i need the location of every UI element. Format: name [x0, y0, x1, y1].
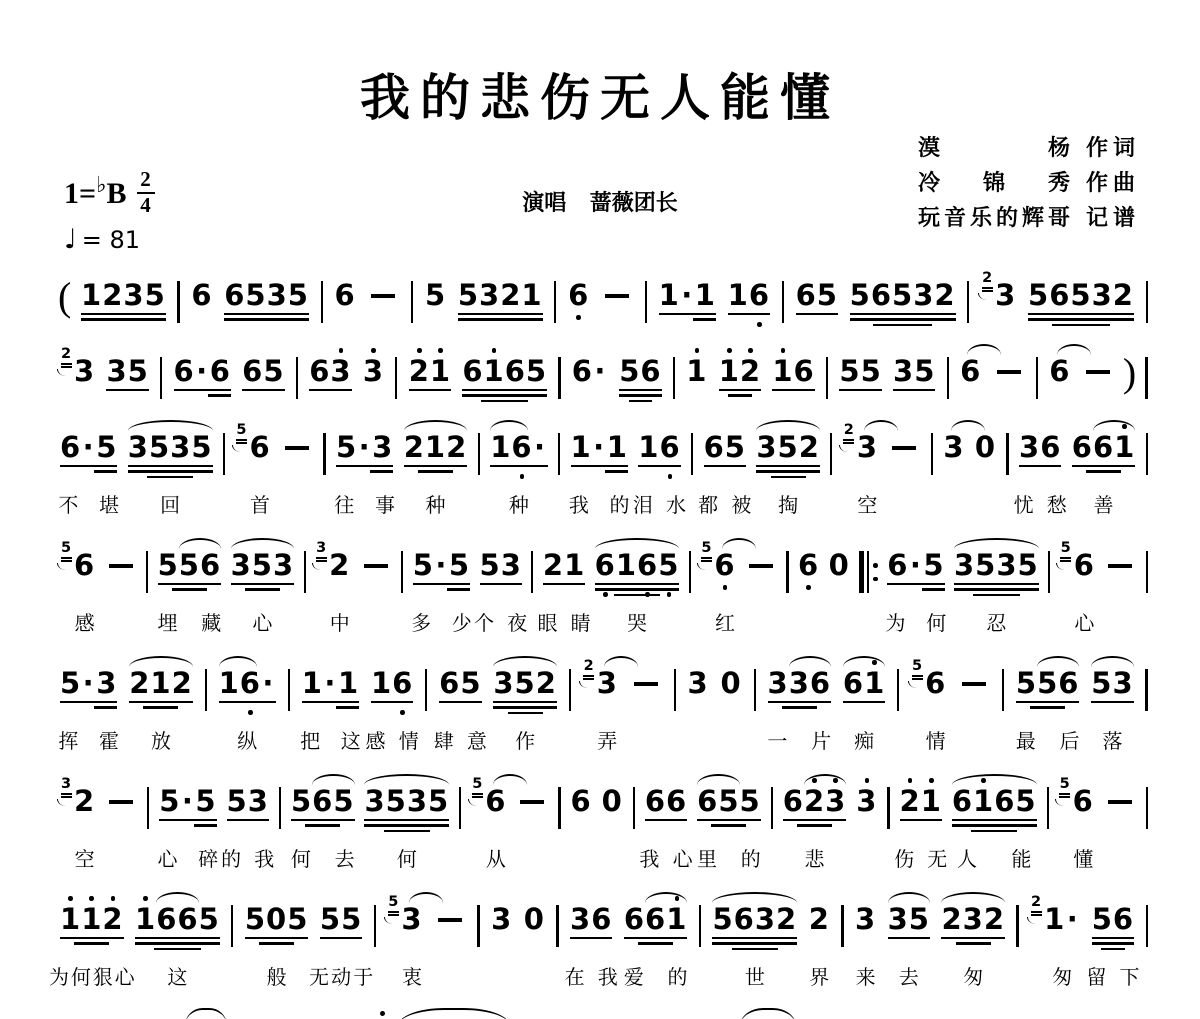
grace-note: 5	[910, 659, 924, 688]
tie-arc	[864, 420, 898, 431]
lyric-row: 人能	[940, 843, 1049, 872]
lyric-row: 种	[478, 489, 559, 518]
barline	[1006, 433, 1008, 475]
barline	[296, 357, 298, 399]
note-group: 0	[602, 787, 623, 816]
note-group: 53的我	[227, 787, 269, 821]
note-group: 6·5为何	[887, 551, 944, 591]
lyric-row: 匆	[929, 961, 1017, 990]
lyric-row: 无动于	[308, 961, 374, 990]
note-group: 32空	[857, 433, 878, 462]
dash-line	[962, 682, 986, 686]
note-group: 65都被	[704, 433, 746, 467]
tie-fragment	[398, 1008, 510, 1019]
sheet-music-page: 我的悲伤无人能懂 漠 杨 作词 冷 锦 秀 作曲 玩音乐的辉哥 记谱 1 = ♭…	[0, 0, 1200, 1019]
quarter-note-icon: ♩	[64, 224, 77, 255]
note-group: 5·3往事	[336, 433, 393, 473]
note-group: 212放	[129, 669, 193, 709]
parenthesis: (	[58, 277, 71, 317]
note-group: 65懂	[1073, 787, 1094, 816]
lyric-row: 空	[845, 489, 890, 518]
slur-arc	[231, 538, 295, 549]
note-group: 65红	[714, 551, 735, 580]
note-group: 6165哭	[595, 551, 680, 596]
grace-note: 2	[582, 659, 596, 688]
tie-arc	[409, 892, 443, 903]
lyric-row: 落	[1079, 725, 1145, 754]
dash-line	[438, 918, 462, 922]
lyric-row: 衷	[389, 961, 434, 990]
barline	[321, 281, 323, 323]
lyric-row: 世	[700, 961, 809, 990]
note-group: 6	[798, 551, 819, 580]
note-group: 353心	[231, 551, 295, 591]
lyric-row: 感	[62, 607, 107, 636]
slur-arc	[645, 892, 687, 903]
note-group: 5·3挥霍	[60, 669, 117, 709]
slur-arc	[756, 420, 820, 431]
note-group: 6535	[224, 281, 309, 321]
note-group: 623悲	[783, 787, 847, 827]
note-group: 32	[74, 357, 95, 386]
note-group: 1665这	[135, 905, 220, 950]
note-group: 3535忍	[954, 551, 1039, 596]
dash-line	[109, 564, 133, 568]
note-group: 55无动于	[320, 905, 362, 939]
note-group: 16	[772, 357, 814, 391]
note-group: 6	[960, 357, 981, 386]
note-group: 65肆意	[439, 669, 481, 703]
note-group: 23中	[329, 551, 350, 580]
lyric-row: 纵	[207, 725, 288, 754]
slur-arc	[490, 420, 528, 431]
lyric-row: 放	[117, 725, 205, 754]
grace-note: 5	[699, 541, 713, 570]
score-line: 112为何狠心1665这505般55无动于35衷3036在我661爱的5632世…	[58, 892, 1150, 1010]
barline	[1146, 905, 1148, 947]
score-line: 65感556埋藏353心23中5·5多少53个夜21眼睛6165哭65红606·…	[58, 538, 1150, 656]
lyric-row: 情	[913, 725, 958, 754]
note-group: 65	[242, 357, 284, 391]
note-group: 0	[829, 551, 850, 580]
note-group: 16·纵	[219, 669, 276, 703]
note-group: 65感	[74, 551, 95, 580]
slur-arc	[712, 892, 797, 903]
dash-line	[285, 446, 309, 450]
slur-arc	[156, 892, 198, 903]
note-group: 232匆	[941, 905, 1005, 945]
note-group: 66我心	[645, 787, 687, 821]
barline	[569, 669, 571, 711]
score-line: 6·5不堪3535回65首5·3往事212种16·种1·1我的16泪水65都被3…	[58, 420, 1150, 538]
barline	[147, 787, 149, 829]
note-group: 505般	[245, 905, 309, 945]
barline	[1146, 787, 1148, 829]
lyric-row: 掏	[744, 489, 832, 518]
lyric-row: 空	[62, 843, 107, 872]
note-group: 1·1我的	[571, 433, 628, 473]
note-group: 12	[719, 357, 761, 397]
barline	[558, 357, 560, 399]
parenthesis: )	[1123, 353, 1136, 393]
dash-line	[634, 682, 658, 686]
barline	[323, 433, 325, 475]
barline	[205, 669, 207, 711]
barline	[1016, 905, 1018, 947]
slur-arc	[952, 774, 1037, 785]
slur-arc	[888, 892, 930, 903]
lyric-row: 从	[473, 843, 518, 872]
score-line: 5·3挥霍212放16·纵1·1把这16感情65肆意352作32弄30336一片…	[58, 656, 1150, 774]
score-line: 23空5·5心碎53的我565何去3535何65从6066我心655里的623悲…	[58, 774, 1150, 892]
barline	[1146, 551, 1148, 593]
dash-line	[605, 294, 629, 298]
note-group: 21眼睛	[543, 551, 585, 585]
note-group: 661爱的	[624, 905, 688, 945]
lyricist-name: 漠 杨	[918, 130, 1070, 165]
note-group: 655里的	[697, 787, 761, 827]
song-title: 我的悲伤无人能懂	[0, 0, 1200, 130]
barline	[1146, 281, 1148, 323]
note-group: 565何去	[291, 787, 355, 827]
grace-note: 2	[1029, 895, 1043, 924]
grace-note: 5	[470, 777, 484, 806]
note-group: 352掏	[756, 433, 820, 478]
note-group: 352作	[493, 669, 557, 714]
note-group: 3	[688, 669, 709, 698]
dash-line	[371, 294, 395, 298]
tie-arc	[722, 538, 756, 549]
lyric-row: 这	[123, 961, 232, 990]
credit-lyricist: 漠 杨 作词	[918, 130, 1140, 165]
lyric-row: 种	[392, 489, 480, 518]
note-group: 53个夜	[480, 551, 522, 585]
note-group: 1	[686, 357, 707, 386]
lyric-row: 忍	[942, 607, 1051, 636]
lyric-row: 界	[797, 961, 842, 990]
dash-line	[1108, 800, 1132, 804]
slur-arc	[179, 538, 221, 549]
note-group: 56留下	[1092, 905, 1134, 950]
note-group: 16	[728, 281, 770, 315]
barline	[146, 551, 148, 593]
barline	[691, 433, 693, 475]
note-group: 556埋藏	[158, 551, 222, 591]
barline	[288, 669, 290, 711]
note-group: 6	[1049, 357, 1070, 386]
lyric-row: 弄	[585, 725, 630, 754]
performer: 演唱 蔷薇团长	[0, 186, 1200, 217]
grace-note: 5	[386, 895, 400, 924]
barline	[411, 281, 413, 323]
tempo-equals: =	[82, 226, 102, 254]
note-group: 3535回	[128, 433, 213, 478]
note-group: 65心	[1074, 551, 1095, 580]
note-group: 61痴	[843, 669, 885, 703]
barline	[554, 281, 556, 323]
barline	[674, 669, 676, 711]
grace-note: 5	[1059, 541, 1073, 570]
barline	[673, 357, 675, 399]
slur-arc	[1093, 420, 1135, 431]
note-group: 35衷	[401, 905, 422, 934]
score-line: (12356653565532161·11665565323256532	[58, 268, 1150, 344]
lyric-row: 痴	[831, 725, 897, 754]
note-group: 16·种	[490, 433, 547, 467]
dash-line	[749, 564, 773, 568]
note-group: 6·5不堪	[60, 433, 117, 473]
note-group: 1·1把这	[302, 669, 359, 709]
note-group: 35	[893, 357, 935, 391]
lyric-row: 泪水	[626, 489, 692, 518]
dash-line	[892, 446, 916, 450]
note-group: 6165人能	[952, 787, 1037, 832]
lyric-row: 懂	[1061, 843, 1106, 872]
note-group: 2界	[809, 905, 830, 934]
note-group: 35	[106, 357, 148, 391]
performer-label: 演唱	[522, 190, 566, 215]
note-group: 32弄	[597, 669, 618, 698]
barline	[826, 357, 828, 399]
barline	[304, 551, 306, 593]
note-group: 6	[191, 281, 212, 310]
note-group: 16感情	[371, 669, 413, 703]
lyric-row: 心	[219, 607, 307, 636]
lyric-row: 感情	[359, 725, 425, 754]
barline	[841, 905, 843, 947]
note-group: 65首	[249, 433, 270, 462]
tempo-marking: ♩ = 81	[64, 224, 140, 255]
note-group: 5·5多少	[413, 551, 470, 591]
barline	[556, 905, 558, 947]
lyricist-role: 作词	[1086, 130, 1140, 165]
barline	[1047, 787, 1049, 829]
tie-fragment-dot	[380, 1011, 385, 1016]
note-group: 1·2匆	[1044, 905, 1080, 934]
barline	[279, 787, 281, 829]
dash-line	[364, 564, 388, 568]
note-group: 65	[796, 281, 838, 315]
note-group: 5	[425, 281, 446, 310]
lyric-row: 悲	[771, 843, 859, 872]
barline	[830, 433, 832, 475]
barline	[1145, 357, 1147, 399]
barline	[782, 281, 784, 323]
barline	[477, 905, 479, 947]
slur-arc	[804, 774, 846, 785]
score-line: 32356·6656332161656·5611216553566)	[58, 344, 1150, 420]
note-group: 65从	[485, 787, 506, 816]
note-group: 36忧愁	[1019, 433, 1061, 467]
note-group: 3	[856, 787, 877, 816]
barline	[401, 551, 403, 593]
note-group: 53落	[1091, 669, 1133, 703]
slur-arc	[954, 538, 1039, 549]
note-group: 56	[619, 357, 661, 402]
grace-note: 5	[234, 423, 248, 452]
grace-note: 5	[1058, 777, 1072, 806]
note-group: 3	[363, 357, 384, 386]
note-group: 55	[839, 357, 881, 391]
slur-arc	[595, 538, 680, 549]
repeat-begin	[859, 551, 878, 593]
grace-note: 3	[59, 777, 73, 806]
grace-note: 5	[59, 541, 73, 570]
slur-arc	[493, 656, 557, 667]
lyric-row: 回	[116, 489, 225, 518]
dash-line	[997, 370, 1021, 374]
slur-arc	[697, 774, 739, 785]
note-group: 56532	[850, 281, 956, 326]
dash-line	[520, 800, 544, 804]
slur-arc	[129, 656, 193, 667]
tie-arc	[1057, 344, 1091, 355]
slur-arc	[364, 774, 449, 785]
barline	[689, 551, 691, 593]
barline	[1048, 551, 1050, 593]
slur-arc	[941, 892, 1005, 903]
note-group: 6	[568, 281, 589, 310]
grace-note: 2	[59, 347, 73, 376]
tie-arc	[604, 656, 638, 667]
lyric-row: 红	[702, 607, 747, 636]
barline	[558, 787, 560, 829]
note-group: 5321	[458, 281, 543, 321]
slur-arc	[312, 774, 354, 785]
barline	[645, 281, 647, 323]
note-group: 5·5心碎	[159, 787, 216, 827]
slur-arc	[1091, 656, 1133, 667]
barline	[1146, 433, 1148, 475]
dash-line	[109, 800, 133, 804]
barline	[459, 787, 461, 829]
barline	[771, 787, 773, 829]
lyric-row: 心	[1062, 607, 1107, 636]
note-group: 35去	[888, 905, 930, 939]
note-group: 32	[995, 281, 1016, 310]
note-group: 65情	[925, 669, 946, 698]
note-group: 23空	[74, 787, 95, 816]
grace-note: 3	[314, 541, 328, 570]
lyric-row: 作	[481, 725, 569, 754]
performer-name: 蔷薇团长	[590, 190, 678, 215]
barline	[1036, 357, 1038, 399]
barline	[1145, 669, 1147, 711]
grace-note: 2	[980, 271, 994, 300]
note-group: 56532	[1028, 281, 1134, 326]
note-group: 1235	[81, 281, 166, 321]
lyric-row: 善	[1060, 489, 1148, 518]
barline	[374, 905, 376, 947]
lyric-row: 哭	[583, 607, 692, 636]
slur-arc	[128, 420, 213, 431]
next-line-cutoff	[58, 1004, 1150, 1019]
barline	[223, 433, 225, 475]
lyric-row: 爱的	[612, 961, 700, 990]
note-group: 6	[335, 281, 356, 310]
note-group: 661善	[1072, 433, 1136, 473]
tie-arc	[493, 774, 527, 785]
note-group: 556最后	[1016, 669, 1080, 709]
barline	[177, 281, 179, 323]
slur-arc	[843, 656, 885, 667]
note-group: 6165	[462, 357, 547, 402]
barline	[931, 433, 933, 475]
slur-arc	[404, 420, 468, 431]
slur-arc	[789, 656, 831, 667]
lyric-row: 的我	[215, 843, 281, 872]
note-group: 0	[975, 433, 996, 462]
dash-line	[1108, 564, 1132, 568]
note-group: 3535何	[364, 787, 449, 832]
note-group: 6	[570, 787, 591, 816]
barline	[633, 787, 635, 829]
barline	[478, 433, 480, 475]
lyric-row: 里的	[685, 843, 773, 872]
note-group: 112为何狠心	[60, 905, 124, 945]
barline	[967, 281, 969, 323]
note-group: 212种	[404, 433, 468, 473]
lyric-row: 留下	[1080, 961, 1146, 990]
credits: 漠 杨 作词 冷 锦 秀 作曲 玩音乐的辉哥 记谱	[918, 130, 1140, 235]
note-group: 3来	[855, 905, 876, 934]
tempo-bpm: 81	[110, 226, 141, 254]
note-group: 0	[721, 669, 742, 698]
note-group: 5632世	[712, 905, 797, 950]
note-group: 6·6	[174, 357, 231, 397]
note-group: 1·1	[659, 281, 716, 321]
barline	[160, 357, 162, 399]
barline	[887, 787, 889, 829]
note-group: 21伤无	[900, 787, 942, 821]
slur-arc	[1037, 656, 1079, 667]
note-group: 16泪水	[638, 433, 680, 467]
slur-arc	[219, 656, 257, 667]
dash-line	[1086, 370, 1110, 374]
tie-fragment	[740, 1008, 796, 1019]
score: (12356653565532161·116655653232565323235…	[58, 268, 1150, 1010]
barline	[947, 357, 949, 399]
barline	[558, 433, 560, 475]
note-group: 0	[524, 905, 545, 934]
note-group: 63	[309, 357, 351, 391]
barline	[699, 905, 701, 947]
note-group: 36在我	[570, 905, 612, 939]
tie-fragment	[185, 1008, 227, 1019]
lyric-row: 何	[352, 843, 461, 872]
barline	[531, 551, 533, 593]
barline	[786, 551, 788, 593]
barline	[754, 669, 756, 711]
tie-arc	[967, 344, 1001, 355]
note-group: 21	[409, 357, 451, 391]
lyric-row: 个夜	[468, 607, 534, 636]
barline	[231, 905, 233, 947]
barline	[425, 669, 427, 711]
note-group: 6·	[572, 357, 608, 386]
note-group: 3	[943, 433, 964, 462]
grace-note: 2	[842, 423, 856, 452]
note-group: 3	[491, 905, 512, 934]
lyric-row: 中	[317, 607, 362, 636]
barline	[395, 357, 397, 399]
barline	[1002, 669, 1004, 711]
barline	[897, 669, 899, 711]
lyric-row: 首	[237, 489, 282, 518]
note-group: 336一片	[768, 669, 832, 709]
